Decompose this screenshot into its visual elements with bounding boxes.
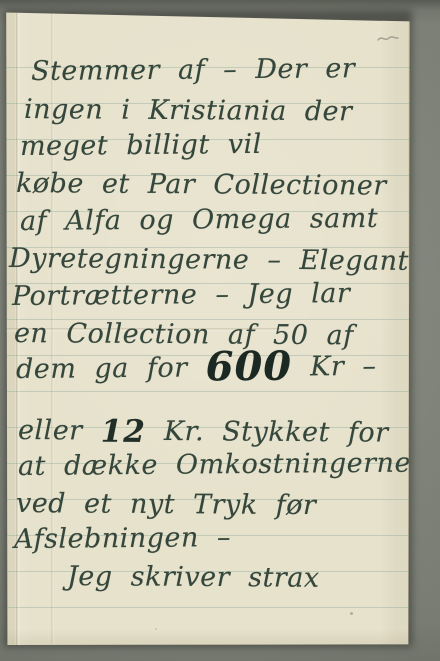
price-line-post: Kr –	[292, 351, 377, 383]
letter-page: Stemmer af – Der er ingen i Kristiania d…	[5, 10, 410, 645]
letter-line-14: Jeg skriver strax	[67, 561, 320, 594]
letter-line-2: ingen i Kristiania der	[24, 94, 353, 127]
letter-line-13: Afslebningen –	[14, 522, 231, 555]
price-600: 600	[205, 343, 292, 391]
letter-line-3: meget billigt vil	[20, 129, 262, 162]
price-line-pre: dem ga for	[16, 352, 206, 385]
letter-line-11: at dække Omkostningerne	[18, 448, 411, 482]
letter-line-1: Stemmer af – Der er	[31, 53, 356, 87]
letter-line-10-price: eller 12 Kr. Stykket for	[18, 415, 389, 449]
unit-price-pre: eller	[18, 415, 101, 447]
scan-background: Stemmer af – Der er ingen i Kristiania d…	[0, 0, 440, 661]
price-12: 12	[101, 414, 146, 450]
letter-line-5: af Alfa og Omega samt	[20, 203, 378, 237]
letter-line-12: ved et nyt Tryk før	[16, 488, 317, 521]
handwritten-text: Stemmer af – Der er ingen i Kristiania d…	[5, 10, 410, 645]
letter-line-8: en Collection af 50 af	[14, 318, 354, 351]
letter-line-9-price: dem ga for 600 Kr –	[16, 351, 377, 385]
letter-line-4: købe et Par Collectioner	[16, 168, 387, 202]
letter-line-7: Portrætterne – Jeg lar	[12, 278, 351, 312]
unit-price-post: Kr. Stykket for	[146, 416, 389, 449]
letter-line-6: Dyretegningerne – Elegante	[9, 243, 426, 277]
